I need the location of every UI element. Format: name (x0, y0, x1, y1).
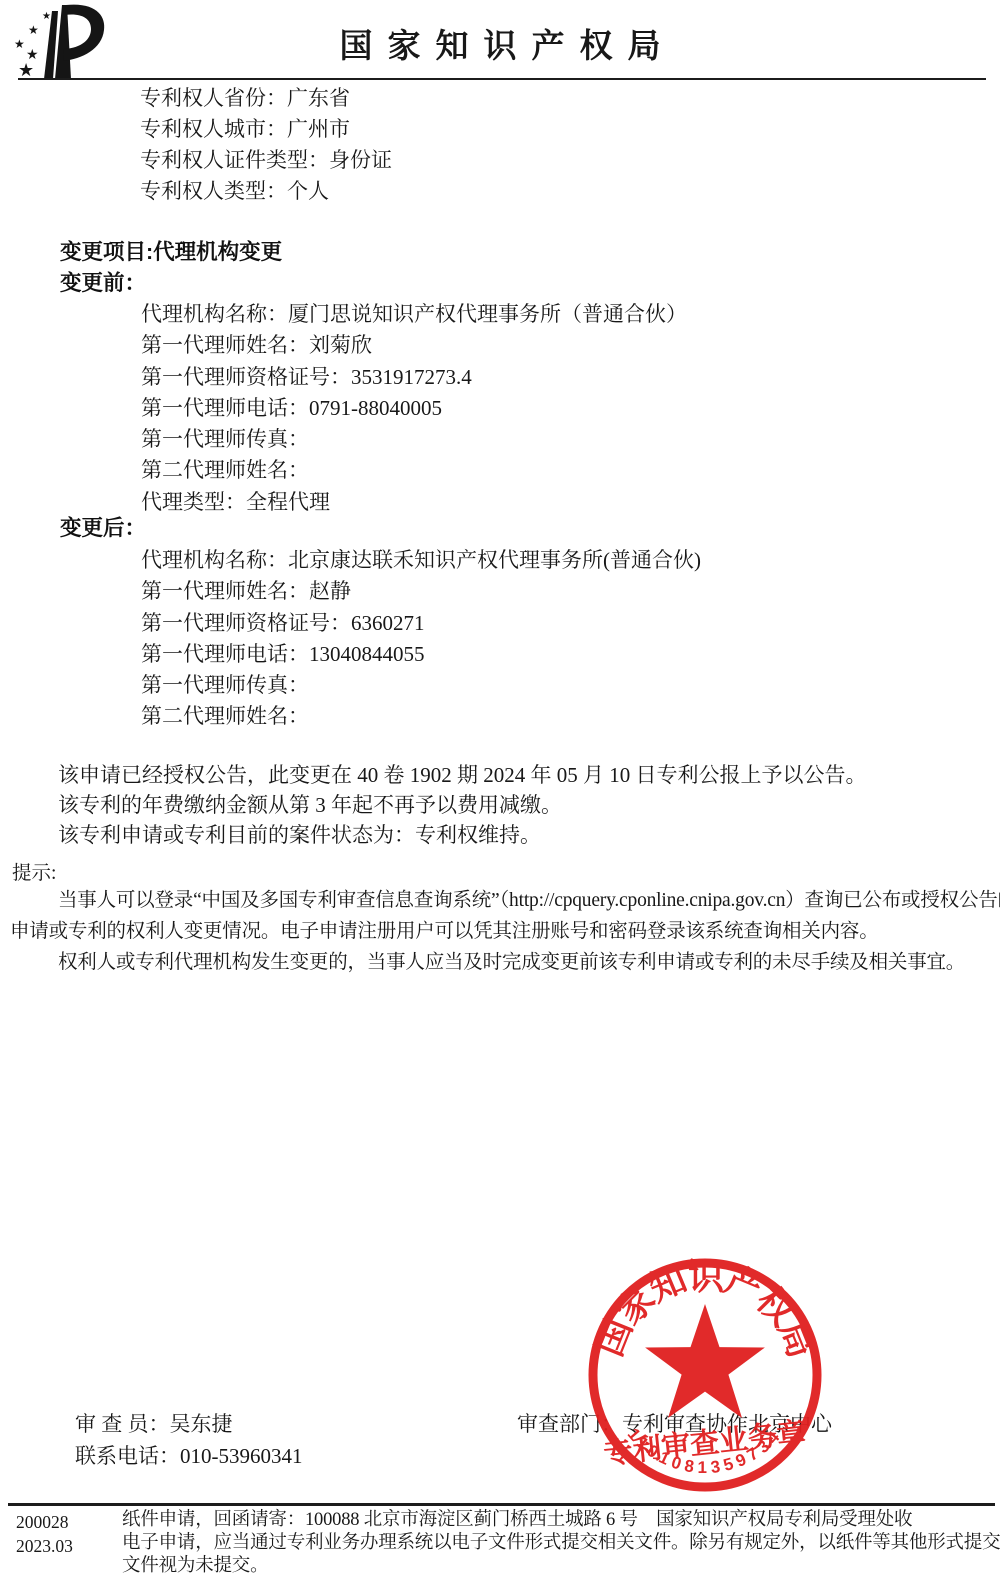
before-change-heading: 变更前： (60, 268, 146, 299)
before-agent1-phone: 第一代理师电话：0791-88040005 (141, 393, 687, 424)
footer-instructions: 纸件申请，回函请寄：100088 北京市海淀区蓟门桥西土城路 6 号 国家知识产… (122, 1509, 1000, 1577)
page-title: 国家知识产权局 (0, 20, 1000, 67)
notice-heading: 提示: (12, 857, 56, 885)
footer-efiling-note: 电子申请，应当通过专利业务办理系统以电子文件形式提交相关文件。除另有规定外，以纸… (122, 1532, 1000, 1555)
notice-line-2: 申请或专利的权利人变更情况。电子申请注册用户可以凭其注册账号和密码登录该系统查询… (10, 915, 879, 943)
before-agent1-name: 第一代理师姓名：刘菊欣 (141, 330, 687, 361)
footer-form-code: 200028 (16, 1512, 69, 1533)
patentee-id-type: 专利权人证件类型：身份证 (140, 145, 392, 176)
footer-mailing-address: 纸件申请，回函请寄：100088 北京市海淀区蓟门桥西土城路 6 号 国家知识产… (122, 1509, 1000, 1532)
gazette-announcement: 该申请已经授权公告，此变更在 40 卷 1902 期 2024 年 05 月 1… (58, 760, 867, 790)
before-change-block: 代理机构名称：厦门思说知识产权代理事务所（普通合伙） 第一代理师姓名：刘菊欣 第… (141, 299, 687, 518)
after-agent1-fax: 第一代理师传真： (141, 670, 701, 701)
examiner-name-line: 审 查 员：吴东捷 (75, 1408, 233, 1438)
after-agent1-phone: 第一代理师电话：13040844055 (141, 639, 701, 670)
footer-form-date: 2023.03 (16, 1536, 73, 1557)
after-agent1-name: 第一代理师姓名：赵静 (141, 576, 701, 607)
official-seal: 国家知识产权局 专利审查业务章 1101081359734 (580, 1250, 830, 1500)
footer-divider (8, 1503, 995, 1506)
notice-line-1: 当事人可以登录“中国及多国专利审查信息查询系统”（http://cpquery.… (58, 884, 1000, 912)
announcement-block: 该申请已经授权公告，此变更在 40 卷 1902 期 2024 年 05 月 1… (58, 760, 867, 850)
before-agency-type: 代理类型：全程代理 (141, 487, 687, 518)
after-agent1-cert: 第一代理师资格证号：6360271 (141, 608, 701, 639)
after-agency-name: 代理机构名称：北京康达联禾知识产权代理事务所(普通合伙) (141, 545, 701, 576)
header-divider (18, 78, 986, 80)
after-change-block: 代理机构名称：北京康达联禾知识产权代理事务所(普通合伙) 第一代理师姓名：赵静 … (141, 545, 701, 733)
before-agency-name: 代理机构名称：厦门思说知识产权代理事务所（普通合伙） (141, 299, 687, 330)
before-agent1-cert: 第一代理师资格证号：3531917273.4 (141, 362, 687, 393)
patentee-city: 专利权人城市：广州市 (140, 114, 392, 145)
after-agent2-name: 第二代理师姓名： (141, 701, 701, 732)
examiner-phone-line: 联系电话：010-53960341 (75, 1440, 303, 1470)
fee-reduction-note: 该专利的年费缴纳金额从第 3 年起不再予以费用减缴。 (58, 790, 867, 820)
patentee-info-block: 专利权人省份：广东省 专利权人城市：广州市 专利权人证件类型：身份证 专利权人类… (140, 83, 392, 207)
notice-line-3: 权利人或专利代理机构发生变更的，当事人应当及时完成变更前该专利申请或专利的未尽手… (58, 946, 965, 974)
before-agent2-name: 第二代理师姓名： (141, 455, 687, 486)
footer-efiling-note-cont: 文件视为未提交。 (122, 1555, 1000, 1577)
before-agent1-fax: 第一代理师传真： (141, 424, 687, 455)
patentee-type: 专利权人类型：个人 (140, 176, 392, 207)
after-change-heading: 变更后： (60, 513, 146, 544)
change-item-heading: 变更项目:代理机构变更 (60, 237, 282, 268)
case-status-note: 该专利申请或专利目前的案件状态为：专利权维持。 (58, 820, 867, 850)
seal-star-icon (645, 1304, 765, 1418)
patentee-province: 专利权人省份：广东省 (140, 83, 392, 114)
